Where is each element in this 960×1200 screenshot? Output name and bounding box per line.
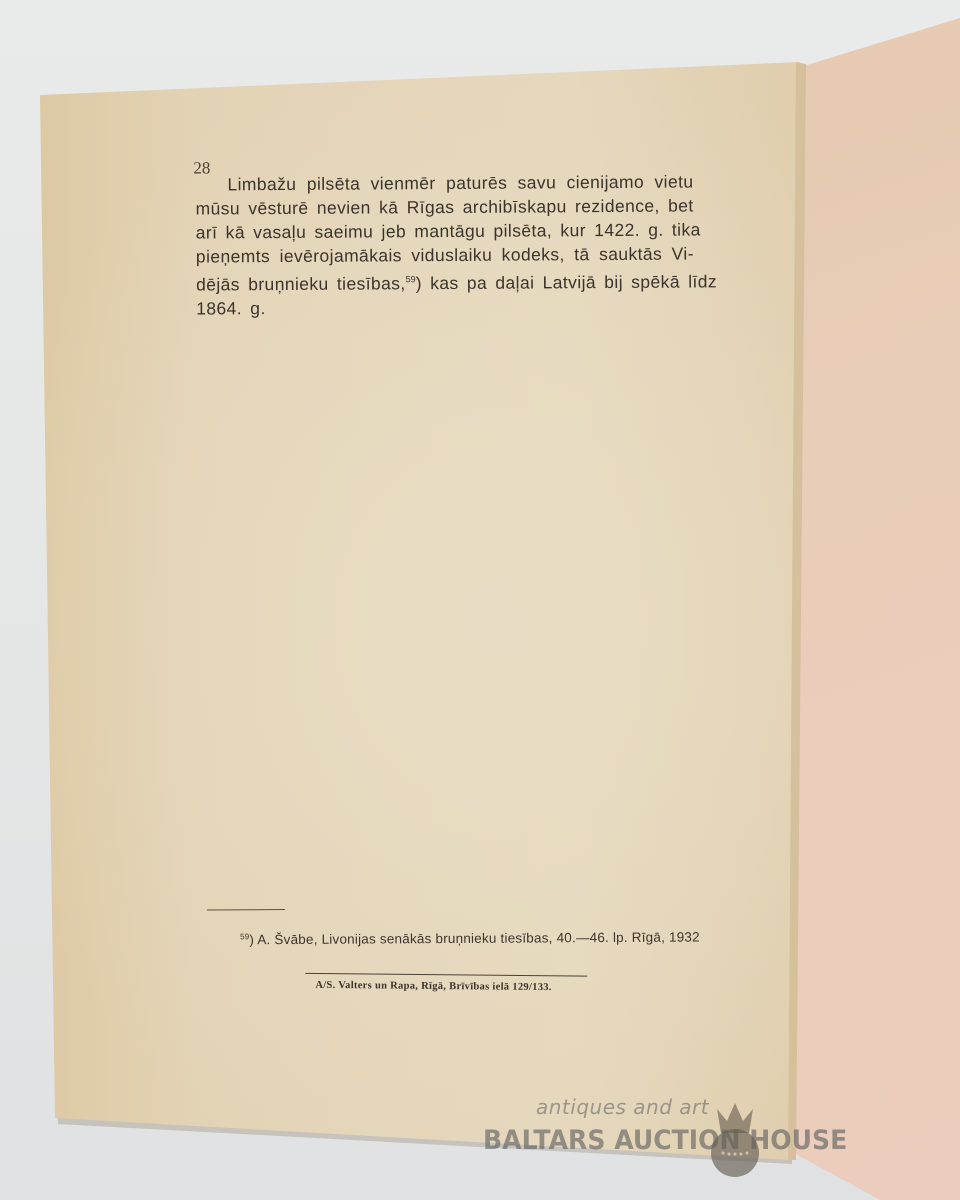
watermark-name: BALTARS AUCTION HOUSE [483, 1125, 847, 1156]
printer-divider [305, 973, 587, 977]
paragraph-line-with-footnote-ref: dējās bruņnieku tiesības,59) kas pa daļa… [196, 266, 694, 297]
page-content: 28 Limbažu pilsēta vienmēr paturēs savu … [0, 0, 960, 1200]
footnote-text: ) A. Švābe, Livonijas senākās bruņnieku … [249, 929, 700, 947]
body-paragraph: Limbažu pilsēta vienmēr paturēs savu cie… [195, 170, 694, 321]
paragraph-line: pieņemts ievērojamākais viduslaiku kodek… [196, 242, 694, 269]
paragraph-line: Limbažu pilsēta vienmēr paturēs savu cie… [195, 170, 693, 197]
paragraph-line: 1864. g. [196, 294, 694, 321]
paragraph-line: arī kā vasaļu saeimu jeb mantāgu pilsēta… [196, 218, 694, 245]
footnote-marker: 59 [240, 932, 249, 941]
watermark: antiques and art BALTARS AUCTION HOUSE [483, 1095, 883, 1175]
footnote-reference: 59 [406, 274, 416, 284]
watermark-tagline: antiques and art [536, 1095, 709, 1119]
paragraph-line: mūsu vēsturē nevien kā Rīgas archibīskap… [196, 194, 694, 221]
paragraph-line-text: dējās bruņnieku tiesības, [196, 273, 406, 294]
footnote: 59) A. Švābe, Livonijas senākās bruņniek… [240, 930, 696, 948]
printer-imprint: A/S. Valters un Rapa, Rīgā, Brīvības iel… [315, 980, 552, 993]
paragraph-line-text: ) kas pa daļai Latvijā bij spēkā līdz [416, 271, 717, 293]
footnote-divider [207, 909, 285, 910]
crown-orb-icon [705, 1101, 765, 1181]
